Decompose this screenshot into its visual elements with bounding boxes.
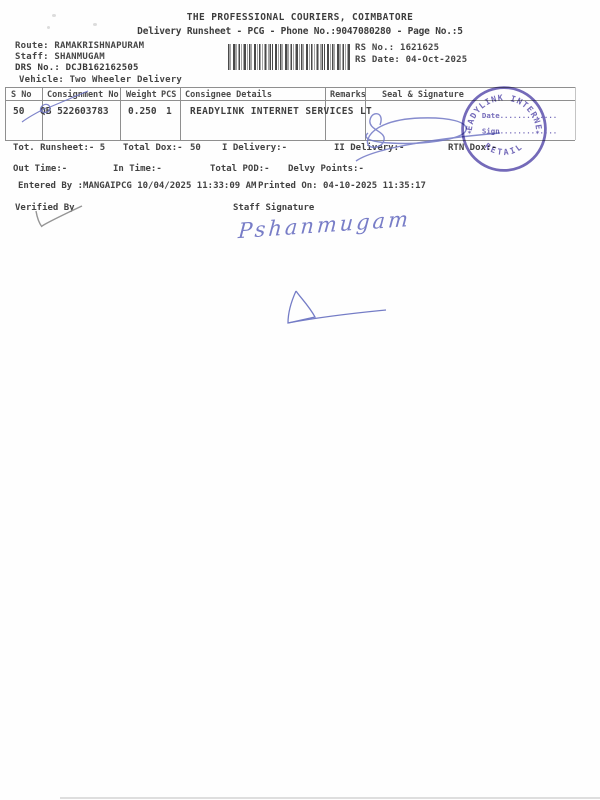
rs-date-field: RS Date: 04-Oct-2025 [355,55,467,65]
readylink-retail-stamp: READYLINK INTERNET RETAIL ✶ ✶ Date......… [458,83,550,175]
cell-consignee: READYLINK INTERNET SERVICES LT [190,106,372,117]
delivery-runsheet-document: THE PROFESSIONAL COURIERS, COIMBATORE De… [0,0,600,800]
col-header-weight: Weight [126,90,157,100]
staff-field: Staff: SHANMUGAM [15,52,105,62]
entered-by: Entered By :MANGAIPCG 10/04/2025 11:33:0… [18,181,256,191]
col-header-sno: S No [11,90,31,100]
col-header-pcs: PCS [161,90,176,100]
in-time: In Time:- [113,164,162,174]
table-border-left [5,87,6,140]
pen-mark-triangle [288,291,386,323]
col-header-seal: Seal & Signature [382,90,464,100]
vehicle-field: Vehicle: Two Wheeler Delivery [19,75,182,85]
table-divider [180,87,181,140]
stamp-date-line: Date............. [482,111,557,120]
out-time: Out Time:- [13,164,67,174]
route-field: Route: RAMAKRISHNAPURAM [15,41,144,51]
total-dox-value: 50 [190,143,201,153]
stamp-arc-top-text: READYLINK INTERNET [455,75,544,131]
table-border-right [575,87,576,140]
total-pod: Total POD:- [210,164,270,174]
ii-delivery: II Delivery:- [334,143,404,153]
cell-pcs: 1 [166,106,172,117]
staff-signature-label: Staff Signature [233,203,314,213]
i-delivery: I Delivery:- [222,143,287,153]
drs-no-field: DRS No.: DCJB162162505 [15,63,139,73]
cell-sno: 50 [13,106,24,117]
col-header-remarks: Remarks [330,90,366,100]
col-header-consignment: Consignment No [47,90,119,100]
delvy-points: Delvy Points:- [288,164,364,174]
stamp-arc-bottom-text: RETAIL [483,141,525,157]
total-dox-label: Total Dox:- [123,143,183,153]
company-title: THE PROFESSIONAL COURIERS, COIMBATORE [0,12,600,23]
rs-no-field: RS No.: 1621625 [355,43,439,53]
cell-weight: 0.250 [128,106,157,117]
col-header-consignee: Consignee Details [185,90,272,100]
printed-on: Printed On: 04-10-2025 11:35:17 [258,181,426,191]
runsheet-barcode [228,44,350,70]
verified-by-label: Verified By [15,203,75,213]
cell-consignment-no: QB 522603783 [40,106,109,117]
runsheet-subtitle: Delivery Runsheet - PCG - Phone No.:9047… [0,26,600,37]
scan-edge [60,797,600,799]
total-runsheet: Tot. Runsheet:- 5 [13,143,105,153]
stamp-star-left: ✶ [467,128,472,137]
table-divider [120,87,121,140]
stamp-sign-line: Sign............. [482,127,557,136]
